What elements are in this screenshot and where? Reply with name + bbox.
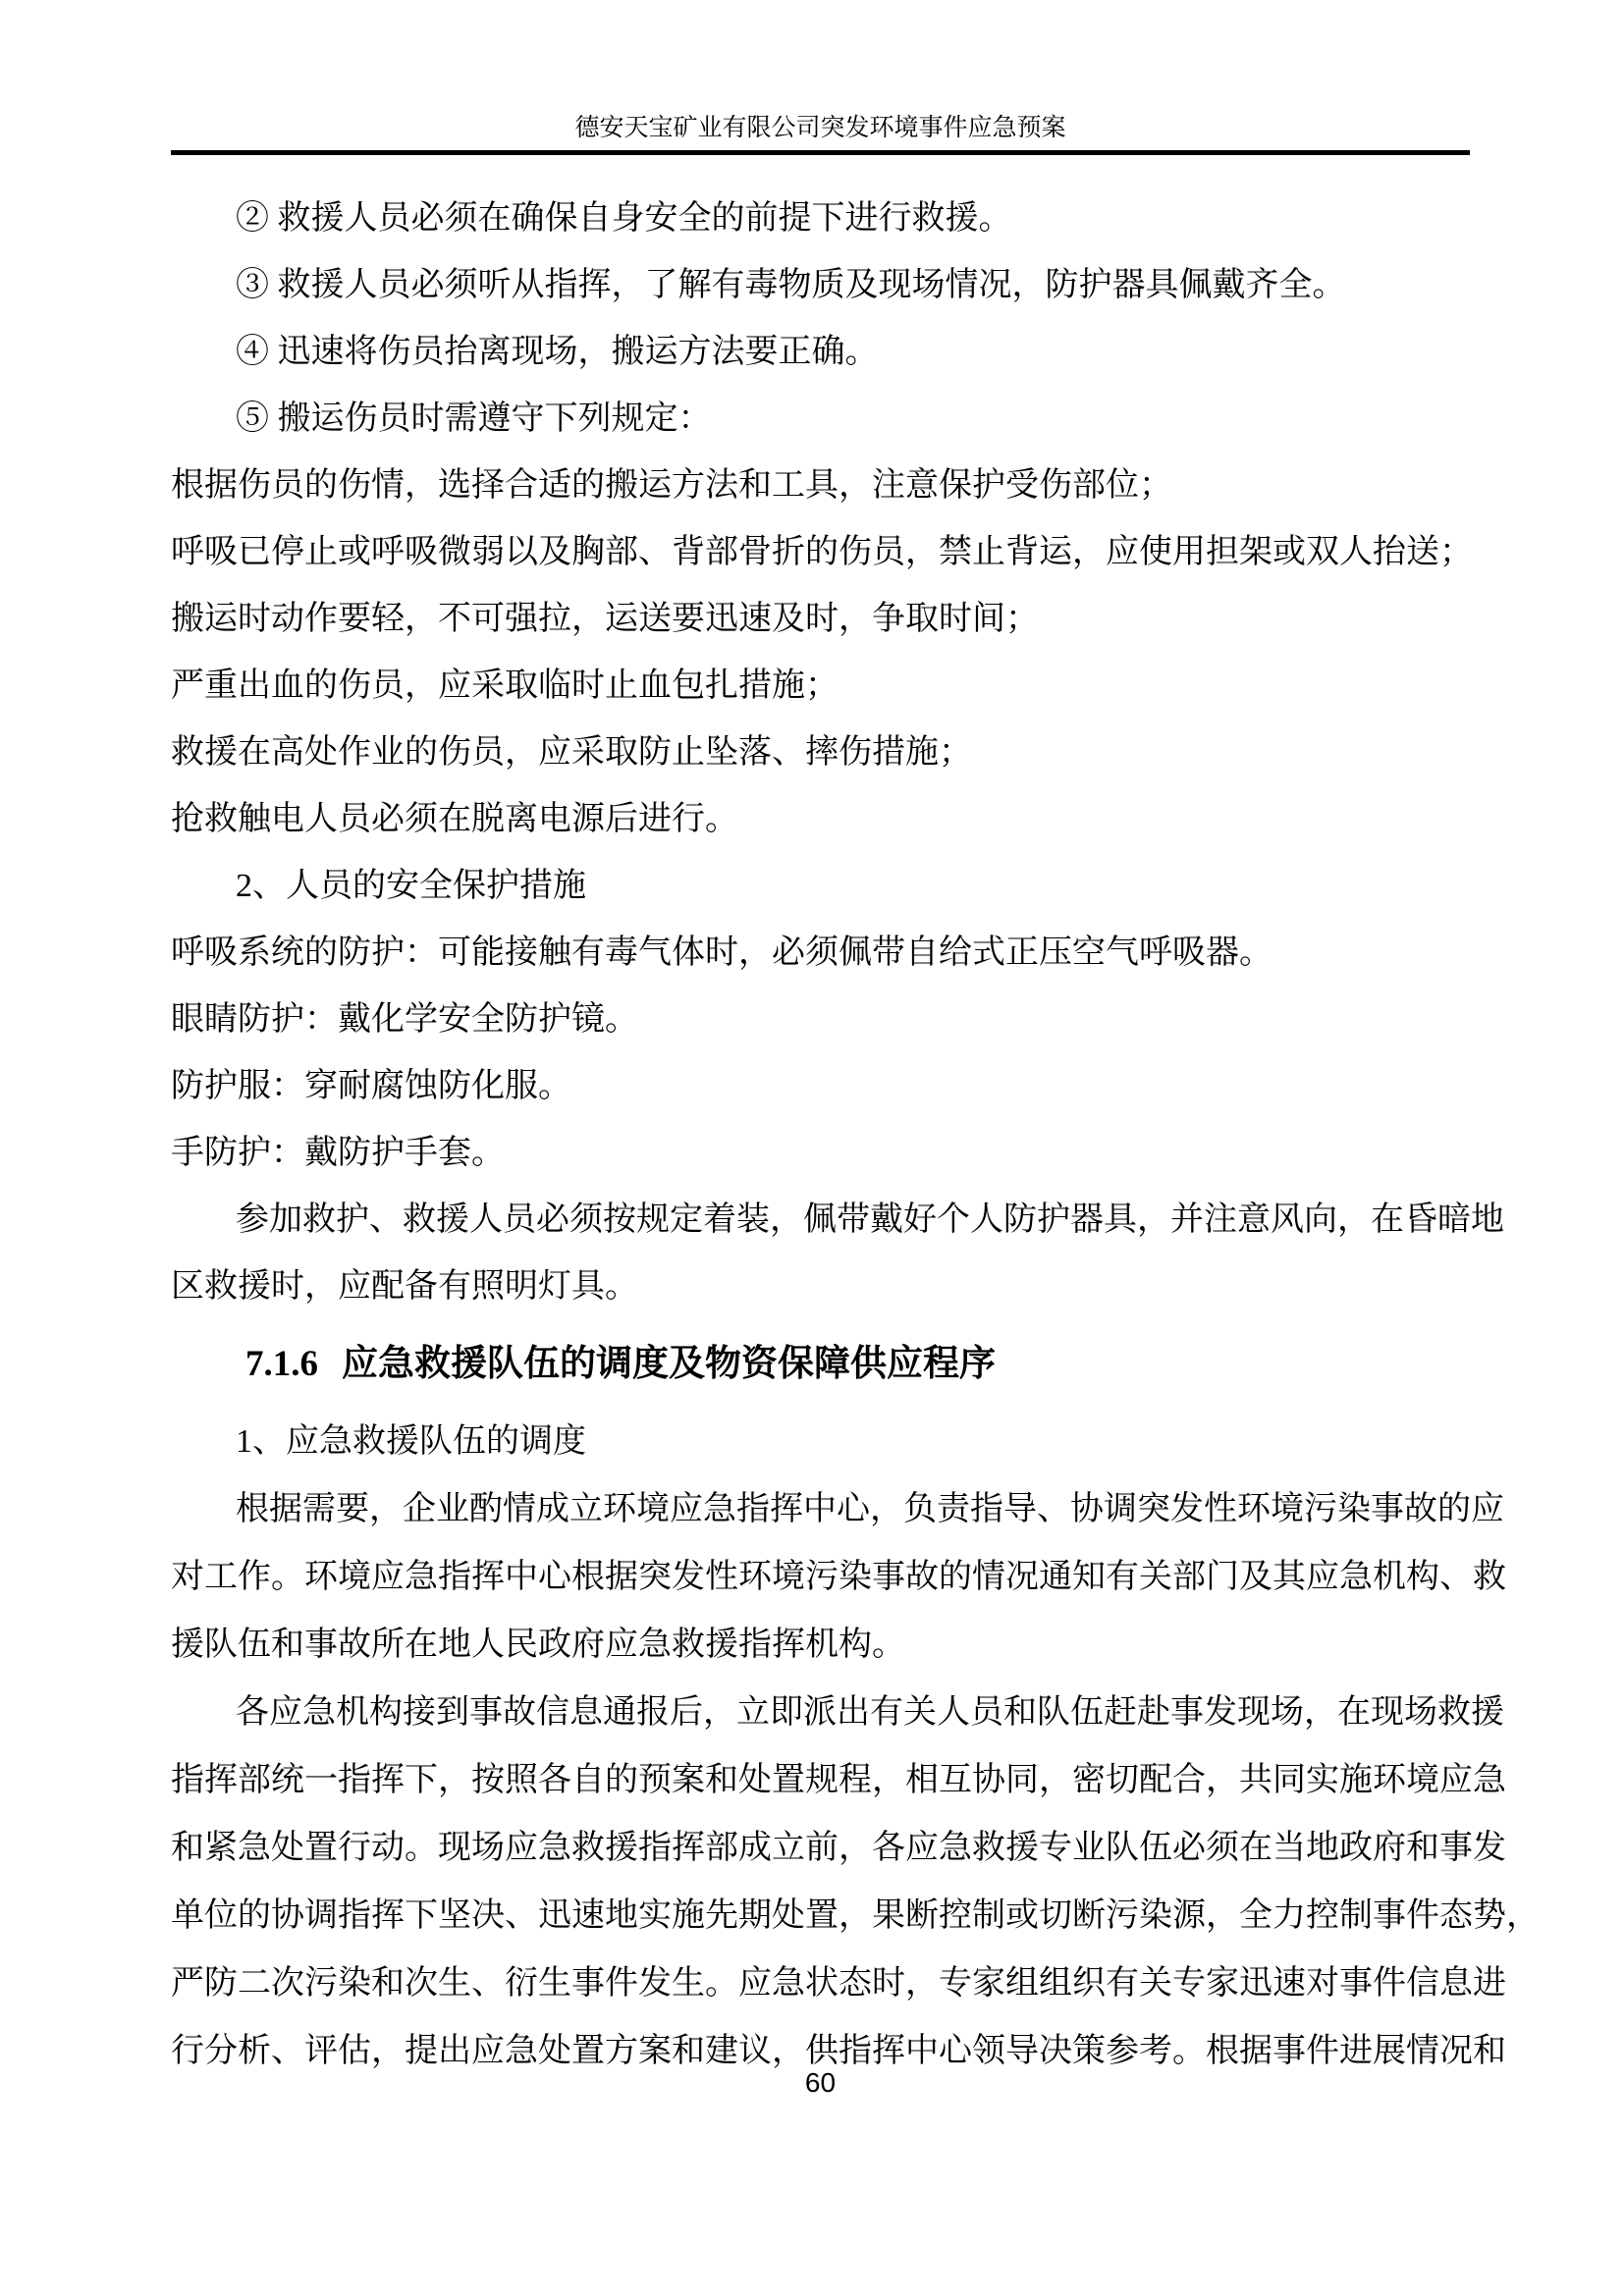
document-line: 单位的协调指挥下坚决、迅速地实施先期处置，果断控制或切断污染源，全力控制事件态势…: [171, 1882, 1470, 1949]
document-line: 救援在高处作业的伤员，应采取防止坠落、摔伤措施；: [171, 720, 1470, 786]
document-page: 德安天宝矿业有限公司突发环境事件应急预案 ② 救援人员必须在确保自身安全的前提下…: [0, 0, 1624, 2296]
document-line: 搬运时动作要轻，不可强拉，运送要迅速及时，争取时间；: [171, 586, 1470, 653]
document-line: 根据需要，企业酌情成立环境应急指挥中心，负责指导、协调突发性环境污染事故的应: [171, 1475, 1470, 1543]
section-heading-number: 7.1.6: [245, 1344, 318, 1384]
document-line: 2、人员的安全保护措施: [171, 853, 1470, 920]
document-line: 区救援时，应配备有照明灯具。: [171, 1254, 1470, 1320]
document-line: 严重出血的伤员，应采取临时止血包扎措施；: [171, 653, 1470, 720]
document-line: ⑤ 搬运伤员时需遵守下列规定：: [171, 386, 1470, 453]
document-line: 防护服：穿耐腐蚀防化服。: [171, 1053, 1470, 1120]
document-line: 手防护：戴防护手套。: [171, 1120, 1470, 1187]
section-heading-7-1-6: 7.1.6应急救援队伍的调度及物资保障供应程序: [171, 1320, 1470, 1408]
page-footer: 60: [171, 2067, 1470, 2099]
header-rule: [171, 150, 1470, 155]
document-line: ④ 迅速将伤员抬离现场，搬运方法要正确。: [171, 319, 1470, 386]
document-line: 援队伍和事故所在地人民政府应急救援指挥机构。: [171, 1611, 1470, 1679]
section-heading-title: 应急救援队伍的调度及物资保障供应程序: [342, 1344, 996, 1384]
page-number: 60: [805, 2067, 836, 2098]
document-line: 和紧急处置行动。现场应急救援指挥部成立前，各应急救援专业队伍必须在当地政府和事发: [171, 1814, 1470, 1882]
document-line: 参加救护、救援人员必须按规定着装，佩带戴好个人防护器具，并注意风向，在昏暗地: [171, 1187, 1470, 1254]
document-line: 各应急机构接到事故信息通报后，立即派出有关人员和队伍赶赴事发现场，在现场救援: [171, 1679, 1470, 1746]
document-line: 对工作。环境应急指挥中心根据突发性环境污染事故的情况通知有关部门及其应急机构、救: [171, 1543, 1470, 1611]
document-line: 呼吸已停止或呼吸微弱以及胸部、背部骨折的伤员，禁止背运，应使用担架或双人抬送；: [171, 519, 1470, 586]
document-line: 指挥部统一指挥下，按照各自的预案和处置规程，相互协同，密切配合，共同实施环境应急: [171, 1746, 1470, 1814]
document-line: ③ 救援人员必须听从指挥，了解有毒物质及现场情况，防护器具佩戴齐全。: [171, 252, 1470, 319]
document-line: 呼吸系统的防护：可能接触有毒气体时，必须佩带自给式正压空气呼吸器。: [171, 920, 1470, 987]
page-header-title: 德安天宝矿业有限公司突发环境事件应急预案: [171, 114, 1470, 143]
document-line: 眼睛防护：戴化学安全防护镜。: [171, 987, 1470, 1053]
document-line: ② 救援人员必须在确保自身安全的前提下进行救援。: [171, 186, 1470, 252]
document-body: ② 救援人员必须在确保自身安全的前提下进行救援。 ③ 救援人员必须听从指挥，了解…: [171, 186, 1470, 2085]
document-line: 1、应急救援队伍的调度: [171, 1408, 1470, 1475]
document-line: 根据伤员的伤情，选择合适的搬运方法和工具，注意保护受伤部位；: [171, 453, 1470, 519]
document-line: 严防二次污染和次生、衍生事件发生。应急状态时，专家组组织有关专家迅速对事件信息进: [171, 1949, 1470, 2017]
rescue-measures-section: ② 救援人员必须在确保自身安全的前提下进行救援。 ③ 救援人员必须听从指挥，了解…: [171, 186, 1470, 1320]
document-line: 抢救触电人员必须在脱离电源后进行。: [171, 786, 1470, 853]
dispatch-section: 1、应急救援队伍的调度 根据需要，企业酌情成立环境应急指挥中心，负责指导、协调突…: [171, 1408, 1470, 2085]
